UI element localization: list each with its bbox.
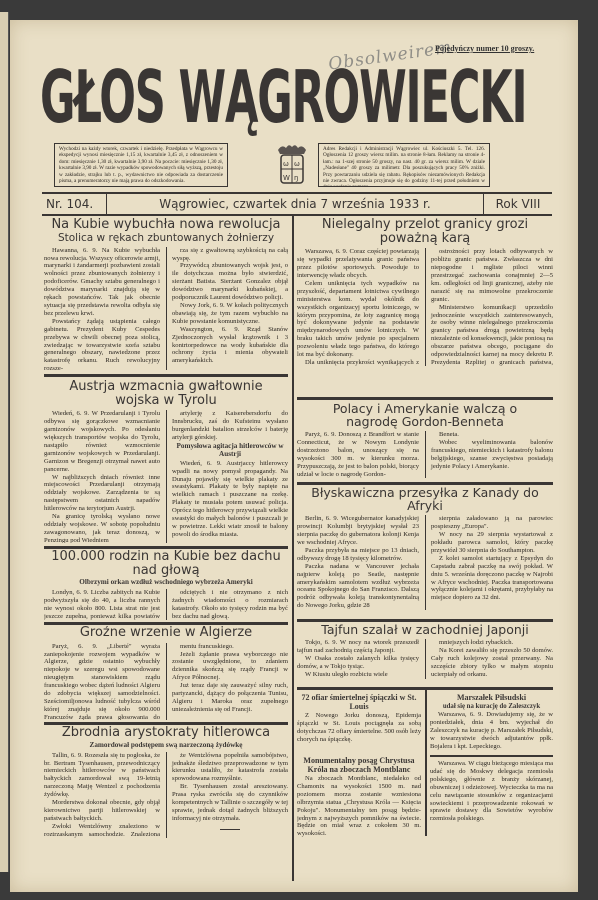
issue-number: Nr. 104.	[42, 194, 107, 214]
article-kuba: Na Kubie wybuchła nowa rewolucja Stolica…	[44, 218, 288, 370]
article-headline: Zbrodnia arystokraty hitlerowca	[44, 726, 288, 740]
article-rodzin: 100.000 rodzin na Kubie bez dachu nad gł…	[44, 550, 288, 620]
article-headline: Nielegalny przelot granicy grozi poważną…	[297, 218, 553, 245]
article-przesylka: Błyskawiczna przesyłka z Kanady do Afryk…	[297, 486, 553, 616]
article-headline: Austrja wzmacnia gwałtownie wojska w Tyr…	[44, 380, 288, 407]
price-note: Pojedyńczy numer 10 groszy.	[435, 44, 534, 53]
article-text: W najbliższych dniach również inne miejs…	[44, 474, 160, 514]
subscription-info-box: Wychodzi na każdy wtorek, czwartek i nie…	[54, 143, 228, 187]
article-text: Wobec wyeliminowania balonów francuskieg…	[431, 439, 553, 471]
article-text: Celem uniknięcia tych wypadków na przysz…	[297, 280, 419, 359]
article-text: że Wentzlówna popełniła samobójstwo, jed…	[172, 752, 288, 784]
article-tajfun: Tajfun szalał w zachodniej Japonji Tokjo…	[297, 623, 553, 685]
article-headline: Polacy i Amerykanie walczą o nagrodę Gor…	[297, 402, 553, 428]
article-austrja: Austrja wzmacnia gwałtownie wojska w Tyr…	[44, 380, 288, 543]
article-zbrodnia: Zbrodnia arystokraty hitlerowca Zamordow…	[44, 726, 288, 838]
masthead-title: GŁOS WĄGROWIECKI	[40, 58, 347, 136]
article-headline: Marszałek Piłsudski	[430, 693, 553, 702]
article-subhead: Zamordował podstępem swą narzeczoną żydó…	[44, 741, 288, 749]
article-subheadline: Stolica w rękach zbuntowanych żołnierzy	[44, 232, 288, 244]
article-headline: Groźne wrzenie w Algierze	[44, 626, 288, 640]
article-headline: Tajfun szalał w zachodniej Japonji	[297, 623, 553, 636]
article-subhead: udał się na kurację do Zaleszczyk	[430, 703, 553, 710]
article-text: Morderstwa dokonał obecnie, gdy objął ki…	[44, 799, 160, 823]
article-text: Waszyngton, 6. 9. Rząd Stanów Zjednoczon…	[172, 326, 288, 366]
article-text: Z Nowego Jorku donoszą, Epidemja śpiączk…	[297, 712, 421, 744]
article-text: mniejszych łodzi rybackich.	[431, 639, 553, 647]
article-text: artylerję z Kaiserebersdorfu do Innsbruc…	[172, 410, 288, 442]
article-text: Ministerstwo komunikacji uprzedziło jedn…	[431, 304, 553, 366]
article-text: Warszawa, 6. 9. Dowiadujemy się, że w po…	[430, 711, 553, 750]
section-rule	[44, 374, 288, 377]
article-text: Przywódcą zbuntowanych wojsk jest, o ile…	[172, 262, 288, 302]
section-rule	[297, 482, 553, 485]
article-text: Br. Tysenhausen został aresztowany. Pras…	[172, 783, 288, 823]
article-spiaczka: 72 ofiar śmiertelnej śpiączki w St. Loui…	[297, 692, 421, 754]
svg-text:W: W	[283, 174, 290, 182]
article-text: W nocy na 29 sierpnia wystartował z pokł…	[431, 531, 553, 555]
article-headline: Na Kubie wybuchła nowa rewolucja	[44, 218, 288, 232]
article-headline: 72 ofiar śmiertelnej śpiączki w St. Loui…	[297, 693, 421, 711]
svg-text:ω: ω	[294, 160, 300, 168]
article-text: Paczka przybyła na miejsce po 13 dniach,…	[297, 547, 419, 563]
article-text: Tallin, 6. 9. Rozeszła się tu pogłoska, …	[44, 752, 160, 799]
article-text: Hawanna, 6. 9. Na Kubie wybuchła nowa re…	[44, 247, 160, 318]
article-text: Paryż, 6. 9. Donoszą z Brandfort w stani…	[297, 431, 419, 478]
article-text: Zwłoki Wentzlówny znaleziono w roztrzask…	[44, 823, 160, 838]
article-subhead: Olbrzymi orkan wzdłuż wschodniego wybrze…	[44, 578, 288, 586]
article-text: Warszawa, 6. 9. Coraz częściej powtarzaj…	[297, 248, 419, 280]
article-text: Wiedeń, 6. 9. Austrjaccy hitlerowcy wpad…	[172, 460, 288, 539]
article-subhead: Pomysłowa agitacja hitlerowców w Austrji	[172, 443, 288, 459]
article-text: rza się z gwałtowną szybkością na całą w…	[172, 247, 288, 263]
article-text: Berlin, 6. 9. Wicegubernator kanadyjskie…	[297, 515, 419, 547]
article-text: Wiedeń, 6. 9. W Przedarulanji i Tyrolu o…	[44, 410, 160, 473]
section-rule	[44, 546, 288, 549]
article-text: Londyn, 6. 9. Liczba zabitych na Kubie p…	[44, 589, 160, 620]
article-headline: 100.000 rodzin na Kubie bez dachu nad gł…	[44, 550, 288, 577]
article-polacy: Polacy i Amerykanie walczą o nagrodę Gor…	[297, 402, 553, 478]
article-text: Paryż, 6. 9. „Liberté" wyraża zaniepokoj…	[44, 643, 160, 720]
article-text: W Osaka zostało zalanych kilka tysięcy d…	[297, 655, 419, 671]
section-rule	[430, 755, 553, 757]
article-text: Tokjo, 6. 9. W nocy na wtorek przeszedł …	[297, 639, 419, 655]
issue-year: Rok VIII	[483, 194, 552, 214]
article-text: Jeżeli żądanie prawa wyborczego nie zost…	[172, 651, 288, 683]
article-text: Warszawa. W ciągu bieżącego miesiąca ma …	[430, 760, 553, 823]
article-headline: Monumentalny posąg Chrystusa Króla na zb…	[297, 756, 421, 774]
section-rule	[44, 722, 288, 725]
article-text: Dla uniknięcia przykrości wynikających z…	[297, 359, 419, 366]
article-text: Beneta.	[431, 431, 553, 439]
article-text: Z kolei samolot startujący z Epsydyn do …	[431, 555, 553, 602]
article-headline: Błyskawiczna przesyłka z Kanady do Afryk…	[297, 486, 553, 512]
article-text: Na granicę tyrolską wysłano nowe oddział…	[44, 513, 160, 543]
article-nielegalny: Nielegalny przelot granicy grozi poważną…	[297, 218, 553, 366]
section-rule	[297, 619, 553, 622]
article-text: W Kiusiu uległo rozbiciu wiele	[297, 671, 419, 679]
article-text: Na Korei zawaliło się przeszło 50 domów.…	[431, 647, 553, 679]
article-text: Powstańcy żądają ustąpienia całego gabin…	[44, 318, 160, 370]
article-moskwa: Warszawa. W ciągu bieżącego miesiąca ma …	[430, 760, 553, 840]
article-text: odciętych i nie otrzymano z nich żadnych…	[172, 589, 288, 620]
column-divider	[425, 690, 427, 836]
section-rule	[44, 622, 288, 625]
section-rule	[297, 397, 553, 400]
article-text: Na zboczach Montblanc, niedaleko od Cham…	[297, 775, 421, 838]
editorial-address-box: Adres Redakcji i Administracji Wągrowiec…	[318, 143, 490, 187]
article-algier: Groźne wrzenie w Algierze Paryż, 6. 9. „…	[44, 626, 288, 720]
article-posag: Monumentalny posąg Chrystusa Króla na zb…	[297, 755, 421, 840]
town-coat-of-arms-icon: ω ω W ŋ	[272, 142, 312, 188]
svg-text:ω: ω	[283, 160, 289, 168]
article-text: Już teraz daje się zauważyć silny ruch, …	[172, 682, 288, 714]
article-text: Nowy Jork, 6. 9. W kołach politycznych o…	[172, 302, 288, 326]
issue-dateline: Wągrowiec, czwartek dnia 7 września 1933…	[107, 197, 483, 211]
article-pilsudski: Marszałek Piłsudski udał się na kurację …	[430, 692, 553, 750]
adjacent-page-edge	[0, 12, 9, 872]
article-text: sierpnia załadowano ją na parowiec pospi…	[431, 515, 553, 531]
end-dash	[220, 829, 240, 830]
article-text: mentu francuskiego.	[172, 643, 288, 651]
svg-text:ŋ: ŋ	[294, 174, 298, 182]
article-text: ostrożności przy lotach odbywanych w pob…	[431, 248, 553, 303]
column-divider	[292, 216, 294, 881]
issue-info-bar: Nr. 104. Wągrowiec, czwartek dnia 7 wrze…	[42, 192, 552, 216]
article-text: Paczka nadana w Vancouver jechała najpie…	[297, 563, 419, 610]
